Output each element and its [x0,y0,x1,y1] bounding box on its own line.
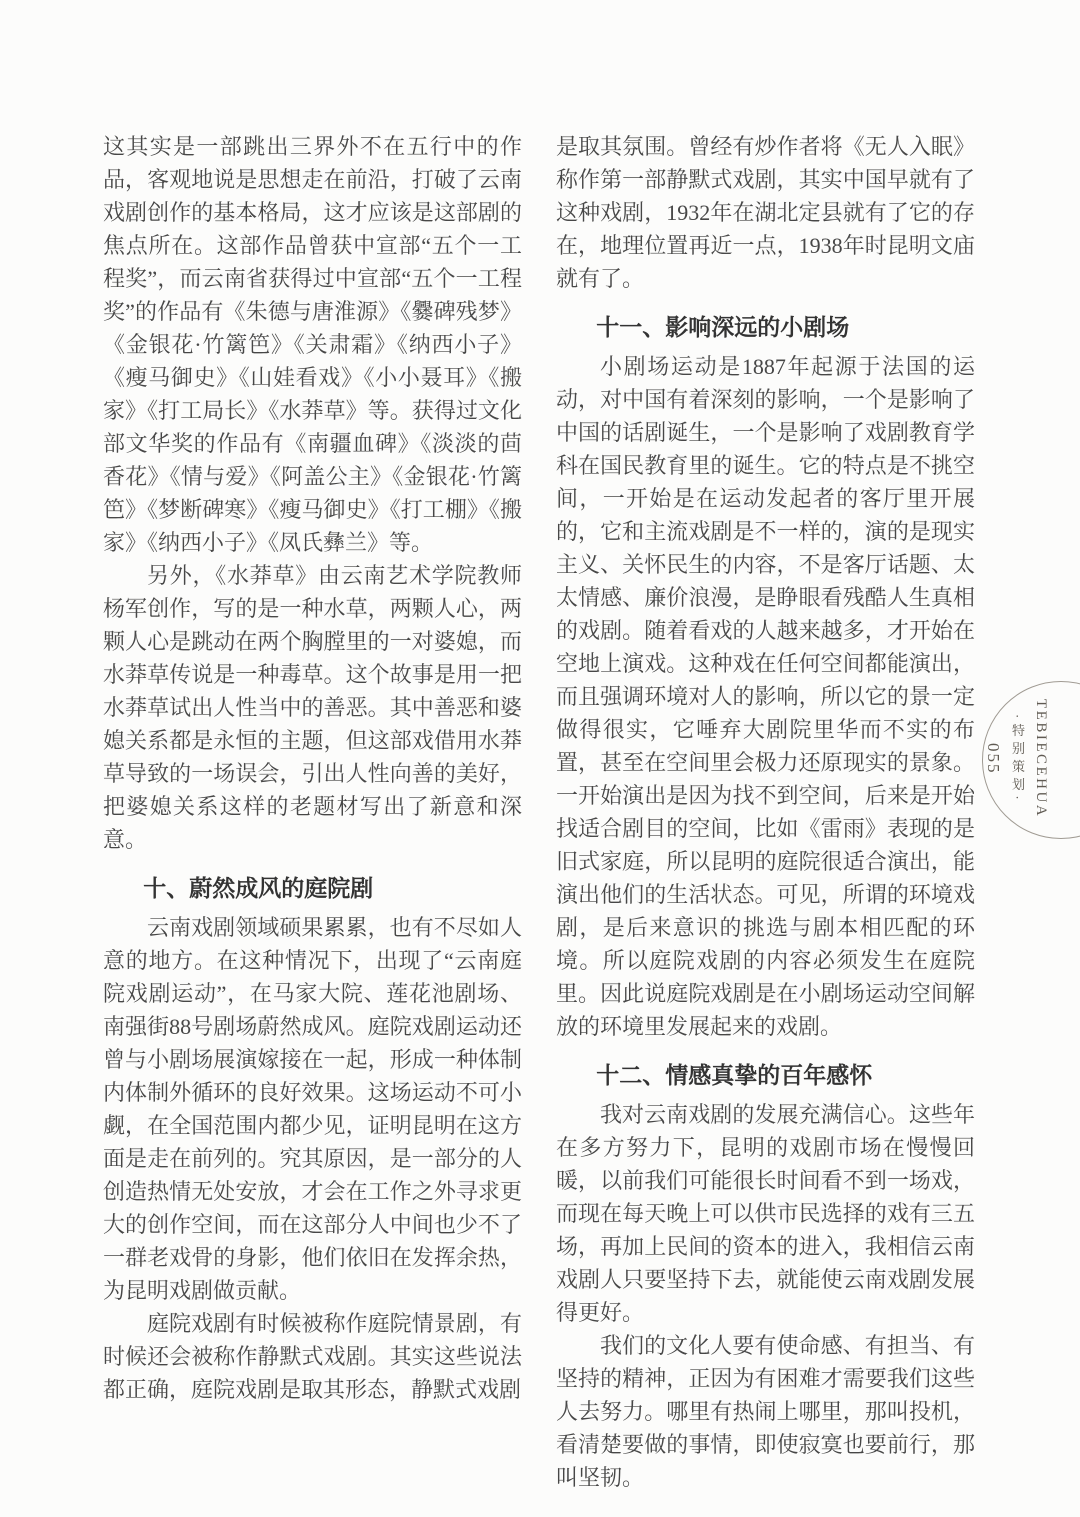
article-column-left: 这其实是一部跳出三界外不在五行中的作品，客观地说是思想走在前沿，打破了云南戏剧创… [103,130,522,1494]
body-paragraph: 云南戏剧领域硕果累累，也有不尽如人意的地方。在这种情况下，出现了“云南庭院戏剧运… [103,911,522,1307]
badge-vertical-text: TEBIECEHUA ·特别策划· 055 [983,688,1049,830]
section-name-chinese: ·特别策划· [1008,688,1027,830]
page-number: 055 [983,688,1003,830]
section-name-pinyin: TEBIECEHUA [1032,688,1049,830]
body-paragraph: 庭院戏剧有时候被称作庭院情景剧，有时候还会被称作静默式戏剧。其实这些说法都正确，… [103,1307,522,1406]
section-heading: 十二、情感真挚的百年感怀 [556,1058,975,1092]
magazine-page: 这其实是一部跳出三界外不在五行中的作品，客观地说是思想走在前沿，打破了云南戏剧创… [0,0,1080,1517]
article-body: 这其实是一部跳出三界外不在五行中的作品，客观地说是思想走在前沿，打破了云南戏剧创… [103,130,976,1494]
body-paragraph: 小剧场运动是1887年起源于法国的运动，对中国有着深刻的影响，一个是影响了中国的… [556,350,975,1043]
body-paragraph: 另外，《水莽草》由云南艺术学院教师杨军创作，写的是一种水草，两颗人心，两颗人心是… [103,559,522,856]
section-heading: 十、蔚然成风的庭院剧 [103,871,522,905]
body-paragraph: 这其实是一部跳出三界外不在五行中的作品，客观地说是思想走在前沿，打破了云南戏剧创… [103,130,522,559]
body-paragraph: 是取其氛围。曾经有炒作者将《无人入眠》称作第一部静默式戏剧，其实中国早就有了这种… [556,130,975,295]
body-paragraph: 我们的文化人要有使命感、有担当、有坚持的精神，正因为有困难才需要我们这些人去努力… [556,1329,975,1494]
article-column-right: 是取其氛围。曾经有炒作者将《无人入眠》称作第一部静默式戏剧，其实中国早就有了这种… [556,130,975,1494]
body-paragraph: 我对云南戏剧的发展充满信心。这些年在多方努力下，昆明的戏剧市场在慢慢回暖，以前我… [556,1098,975,1329]
section-heading: 十一、影响深远的小剧场 [556,310,975,344]
